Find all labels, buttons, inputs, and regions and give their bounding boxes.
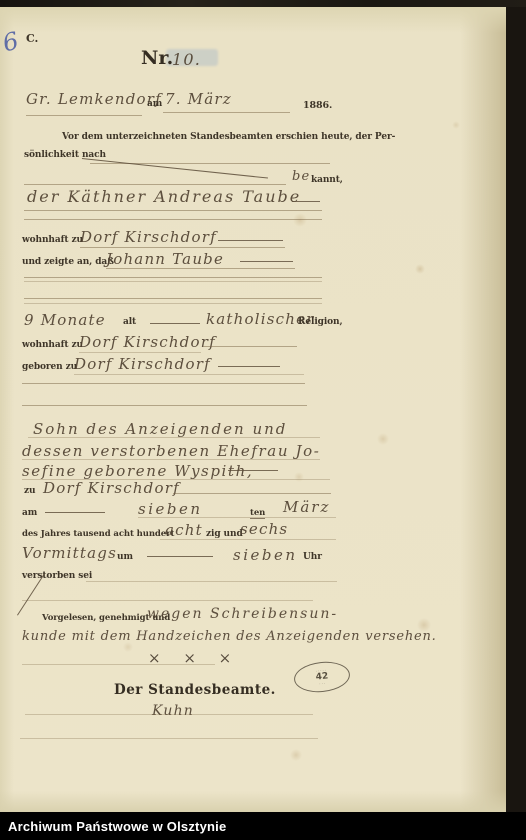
closing-hand-line2: kunde mit dem Handzeichen des Anzeigende… [22,629,437,644]
known-label: kannt, [311,175,343,185]
death-hour: sieben [233,546,298,564]
death-year-mid-label: zig und [206,529,243,539]
record-year: 1886. [303,100,332,111]
dash [228,470,278,471]
age-label: alt [123,317,136,327]
rule [22,459,320,460]
dash [218,240,283,241]
parentage-line1: Sohn des Anzeigenden und [33,420,287,438]
deceased-residence: Dorf Kirschdorf [79,333,216,351]
form-letter: C. [26,32,38,45]
rule [20,738,318,739]
rule [24,298,322,299]
deceased-age: 9 Monate [24,311,106,329]
archival-document-scan: 6 C. Nr. 10. Gr. Lemkendorf am 7. März 1… [0,0,526,840]
closing-hand-line1: wegen Schreibensun- [147,606,338,622]
rule [22,664,215,665]
nr-label: Nr. [141,47,173,69]
record-number: 10. [172,50,201,69]
death-month: März [283,498,330,516]
death-time-period: Vormittags [22,544,117,562]
dash [45,512,105,513]
dash [240,261,293,262]
dash [150,323,200,324]
scan-top-edge [0,0,526,7]
rule [25,714,313,715]
religion-label: Religion, [298,317,343,327]
rule [24,184,286,185]
death-hour-label: Uhr [303,552,322,562]
declarant-residence: Dorf Kirschdorf [80,228,217,246]
rule [22,600,313,601]
born-label: geboren zu [22,362,77,372]
rule [74,374,304,375]
death-year-label: des Jahres tausend acht hundert [22,529,174,539]
dash [147,556,213,557]
rule [24,277,322,278]
known-hand-word: be [292,169,310,184]
rule [106,268,295,269]
resident2-label: wohnhaft zu [22,340,83,350]
resident-label: wohnhaft zu [22,235,83,245]
official-signature: Kuhn [152,703,194,719]
parentage-line3: sefine geborene Wyspith, [22,462,253,480]
death-day-label: am [22,508,37,518]
rule [24,303,322,304]
dash [218,366,280,367]
rule [86,581,337,582]
archive-footer-bar: Archiwum Państwowe w Olsztynie [0,812,526,840]
rule [138,517,336,518]
parentage-line2: dessen verstorbenen Ehefrau Jo- [22,442,320,460]
rule [24,219,322,220]
birthplace: Dorf Kirschdorf [74,355,211,373]
am-label: am [147,99,162,109]
rule [173,493,331,494]
stamp-rim-text: ··· [319,681,326,686]
death-year-tens: acht [165,521,203,539]
deceased-label: verstorben sei [22,571,92,581]
death-day: sieben [138,500,203,518]
rule [24,281,322,282]
rule [22,405,307,406]
report-label: und zeigte an, daß [22,257,114,267]
death-year-ones: sechs [240,520,288,538]
rule [163,112,290,113]
archive-name: Archiwum Państwowe w Olsztynie [8,819,226,834]
rule [24,210,322,211]
registry-place: Gr. Lemkendorf [26,90,162,108]
deceased-name: Johann Taube [106,250,224,268]
intro-line1: Vor dem unterzeichneten Standesbeamten e… [62,132,395,142]
rule [28,437,320,438]
dash [292,201,320,202]
rule [160,539,336,540]
death-place: Dorf Kirschdorf [43,479,180,497]
death-time-label: um [117,552,133,562]
rule [80,247,285,248]
rule [26,115,142,116]
declarant-name: der Käthner Andreas Taube [27,187,301,206]
record-date: 7. März [165,90,232,108]
rule [22,383,305,384]
rule [203,346,297,347]
rule [79,352,201,353]
official-title: Der Standesbeamte. [114,682,276,698]
death-place-label: zu [24,486,35,496]
